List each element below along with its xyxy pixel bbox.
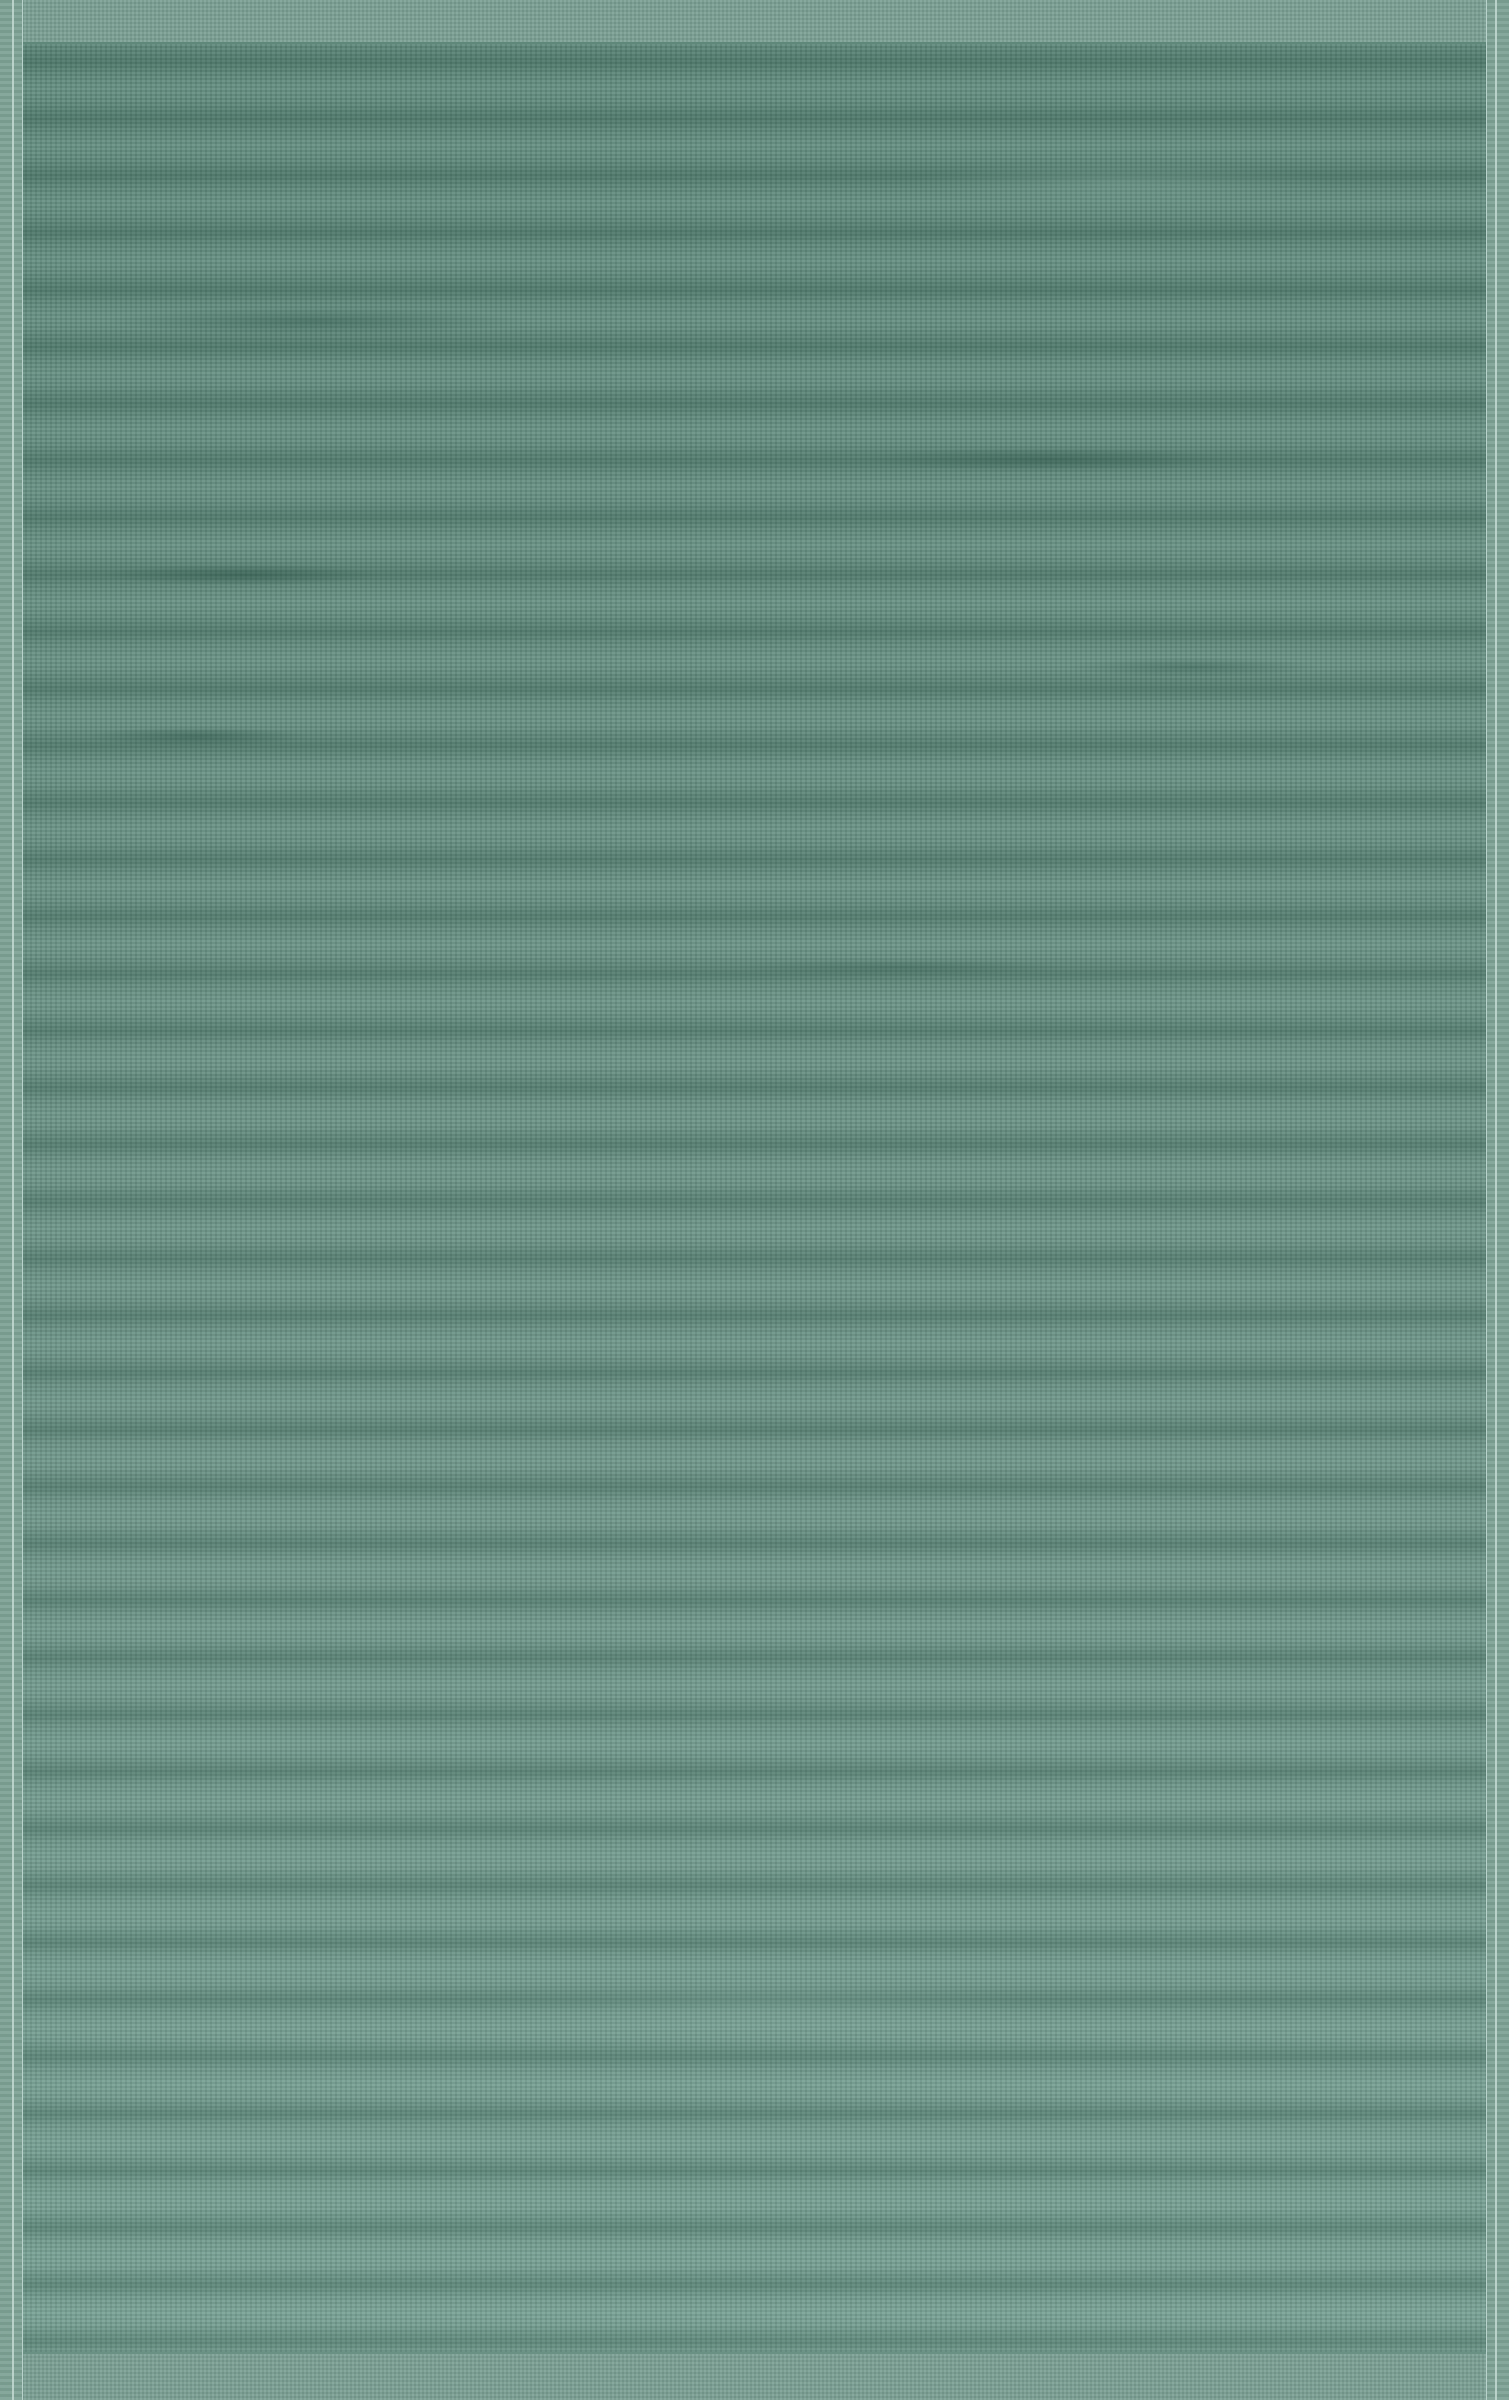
product-photo bbox=[0, 0, 1509, 2400]
bottom-woven-band bbox=[0, 2352, 1509, 2400]
left-hem-selvage bbox=[0, 0, 23, 2400]
top-woven-band bbox=[0, 0, 1509, 44]
towel bbox=[0, 0, 1509, 2400]
right-hem-selvage bbox=[1486, 0, 1509, 2400]
terry-pile-surface bbox=[22, 44, 1487, 2352]
